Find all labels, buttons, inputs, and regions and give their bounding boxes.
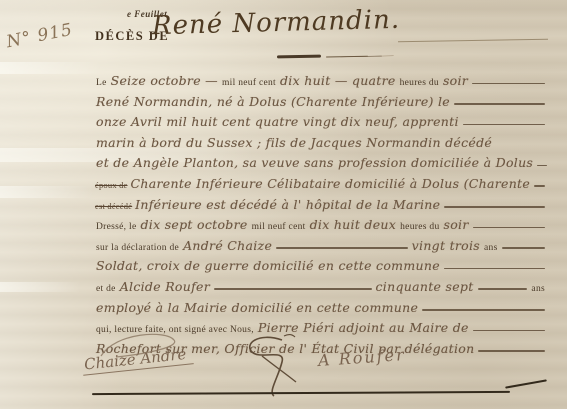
printed-form-text: Dressé, le	[94, 222, 138, 232]
ink-rule	[454, 103, 545, 105]
handwritten-text: dix sept octobre	[138, 217, 249, 232]
ink-rule	[472, 83, 545, 85]
handwritten-text: Alcide Roufer	[118, 279, 212, 294]
ink-rule	[534, 185, 545, 187]
ink-rule	[444, 206, 545, 208]
handwritten-text: Seize octobre —	[109, 73, 220, 88]
act-number: N° 915	[5, 20, 75, 52]
printed-form-text: Le	[94, 78, 109, 88]
act-line: LeSeize octobre —mil neuf centdix huit —…	[94, 73, 547, 88]
handwritten-text: marin à bord du Sussex ; fils de Jacques…	[94, 135, 494, 150]
printed-form-text: heures du	[398, 222, 441, 232]
ink-rule	[537, 165, 547, 167]
ink-rule	[422, 309, 545, 311]
act-body: LeSeize octobre —mil neuf centdix huit —…	[94, 73, 547, 361]
ink-rule	[463, 124, 545, 126]
printed-form-text: mil neuf cent	[250, 222, 308, 232]
printed-form-text: sur la déclaration de	[94, 243, 181, 253]
handwritten-text: Pierre Piéri adjoint au Maire de	[256, 320, 471, 335]
ink-rule	[473, 227, 545, 229]
act-line: Soldat, croix de guerre domicilié en cet…	[94, 258, 547, 273]
paper-streak	[0, 282, 95, 292]
name-underline-scribble	[277, 55, 321, 59]
handwritten-text: Charente Inférieure Célibataire domicili…	[129, 176, 533, 191]
printed-form-text: et de	[94, 284, 118, 294]
handwritten-text: soir	[442, 217, 471, 232]
handwritten-text: dix huit — quatre	[278, 73, 398, 88]
handwritten-text: André Chaize	[181, 238, 274, 253]
handwritten-text: dix huit deux	[308, 217, 399, 232]
act-line: sur la déclaration deAndré Chaizevingt t…	[94, 238, 547, 253]
handwritten-text: et de Angèle Planton, sa veuve sans prof…	[94, 155, 535, 170]
ink-rule	[478, 350, 545, 352]
act-line: Dressé, ledix sept octobremil neuf centd…	[94, 217, 547, 232]
act-line: employé à la Mairie domicilié en cette c…	[94, 300, 547, 315]
ink-rule	[473, 330, 545, 332]
ink-rule	[214, 288, 372, 290]
act-line: est décédéInférieure est décédé à l' hôp…	[94, 197, 547, 212]
act-line: onze Avril mil huit cent quatre vingt di…	[94, 114, 547, 129]
act-line: qui, lecture faite, ont signé avec Nous,…	[94, 320, 547, 335]
handwritten-text: onze Avril mil huit cent quatre vingt di…	[94, 114, 461, 129]
act-line: René Normandin, né à Dolus (Charente Inf…	[94, 94, 547, 109]
ink-rule	[478, 288, 528, 290]
printed-form-text: mil neuf cent	[220, 78, 278, 88]
handwritten-text: Soldat, croix de guerre domicilié en cet…	[94, 258, 442, 273]
printed-form-text: époux de	[94, 180, 129, 190]
printed-form-text: est décédé	[94, 201, 133, 211]
printed-form-text: ans	[529, 284, 547, 294]
header-underline	[398, 39, 548, 43]
ink-rule	[276, 247, 408, 249]
handwritten-text: René Normandin, né à Dolus (Charente Inf…	[94, 94, 452, 109]
ink-rule	[502, 247, 545, 249]
act-line: époux deCharente Inférieure Célibataire …	[94, 176, 547, 191]
handwritten-text: employé à la Mairie domicilié en cette c…	[94, 300, 420, 315]
act-line: et de Angèle Planton, sa veuve sans prof…	[94, 155, 547, 170]
closing-rule-tail	[505, 379, 547, 388]
closing-rule	[92, 391, 510, 395]
printed-form-text: heures du	[398, 78, 441, 88]
handwritten-text: Inférieure est décédé à l' hôpital de la…	[133, 197, 442, 212]
act-line: et deAlcide Roufercinquante septans	[94, 279, 547, 294]
act-line: marin à bord du Sussex ; fils de Jacques…	[94, 135, 547, 150]
handwritten-text: soir	[441, 73, 470, 88]
document-paper: N° 915 e Feuillet DÉCÈS DE René Normandi…	[0, 0, 567, 409]
ink-rule	[444, 268, 545, 270]
printed-form-text: ans	[482, 243, 500, 253]
printed-form-text: qui, lecture faite, ont signé avec Nous,	[94, 325, 256, 335]
deceased-name: René Normandin.	[152, 5, 401, 41]
handwritten-text: vingt trois	[410, 238, 482, 253]
handwritten-text: cinquante sept	[374, 279, 476, 294]
